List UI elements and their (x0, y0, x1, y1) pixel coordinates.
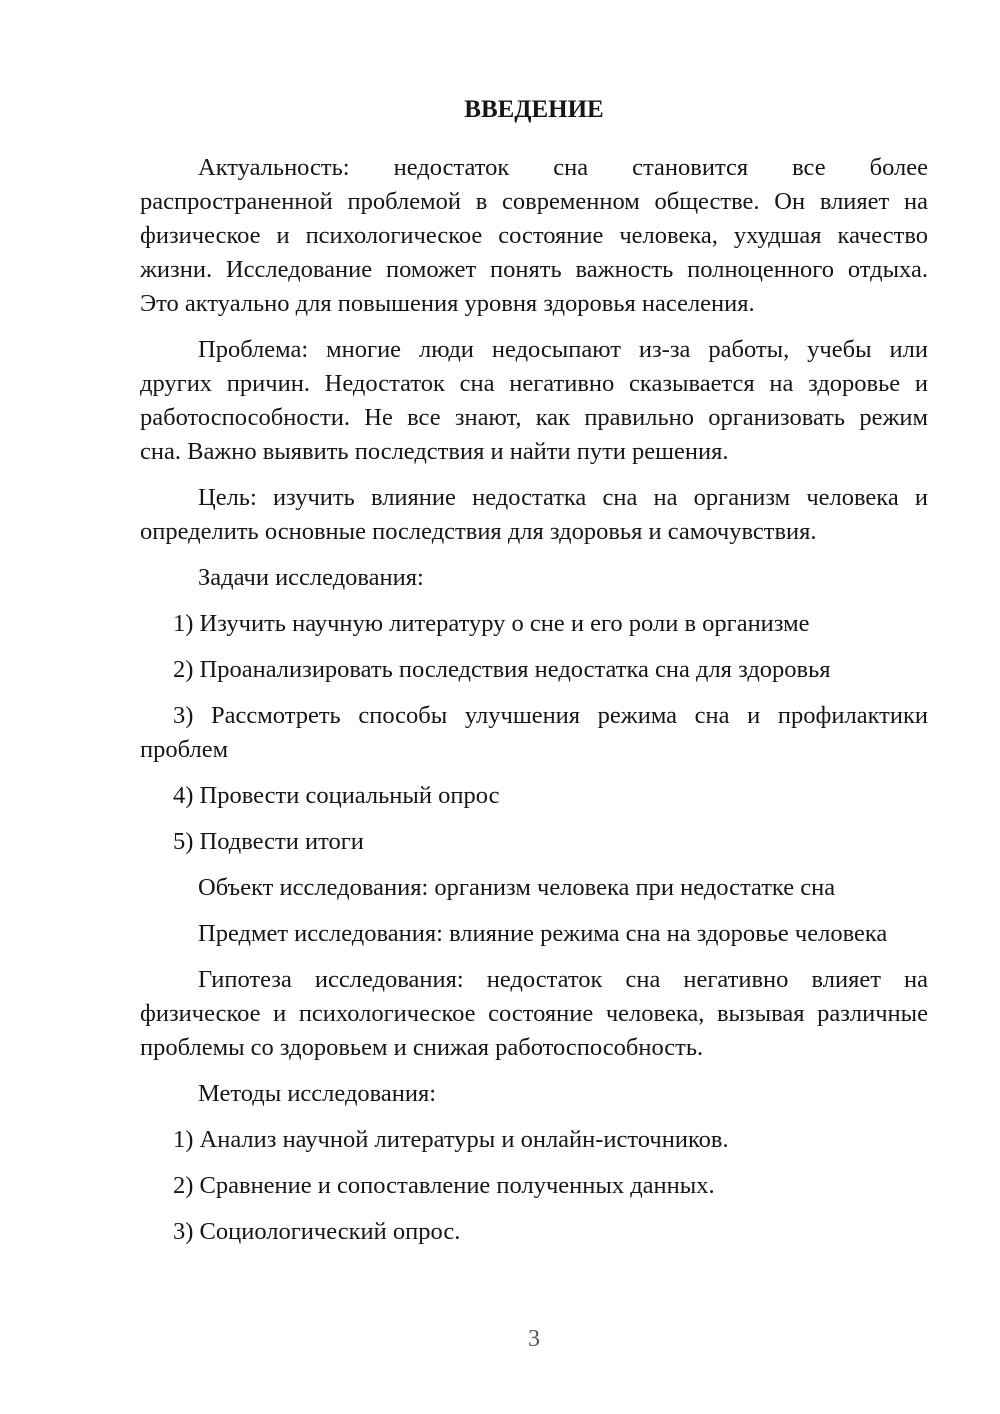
list-item-task-2: 2) Проанализировать последствия недостат… (140, 653, 928, 687)
text-line: 4) Провести социальный опрос (140, 779, 928, 813)
text-line: Проблема: многие люди недосыпают из-за р… (140, 333, 928, 367)
text-line: Объект исследования: организм человека п… (140, 871, 928, 905)
document-page: ВВЕДЕНИЕ Актуальность: недостаток сна ст… (0, 0, 1000, 1414)
text-line: Цель: изучить влияние недостатка сна на … (140, 481, 928, 515)
text-line: 3) Рассмотреть способы улучшения режима … (140, 699, 928, 733)
text-line: Гипотеза исследования: недостаток сна не… (140, 963, 928, 997)
text-line: Предмет исследования: влияние режима сна… (140, 917, 928, 951)
text-line: других причин. Недостаток сна негативно … (140, 367, 928, 401)
list-item-task-3: 3) Рассмотреть способы улучшения режима … (140, 699, 928, 767)
paragraph-obyekt: Объект исследования: организм человека п… (140, 871, 928, 905)
page-title: ВВЕДЕНИЕ (140, 93, 928, 127)
text-line: работоспособности. Не все знают, как пра… (140, 401, 928, 435)
paragraph-metody-heading: Методы исследования: (140, 1077, 928, 1111)
text-line: 1) Изучить научную литературу о сне и ег… (140, 607, 928, 641)
page-number: 3 (140, 1322, 928, 1356)
paragraph-gipoteza: Гипотеза исследования: недостаток сна не… (140, 963, 928, 1065)
page-content: ВВЕДЕНИЕ Актуальность: недостаток сна ст… (140, 93, 928, 1261)
text-line: 5) Подвести итоги (140, 825, 928, 859)
paragraph-zadachi-heading: Задачи исследования: (140, 561, 928, 595)
text-line: распространенной проблемой в современном… (140, 185, 928, 219)
list-item-method-3: 3) Социологический опрос. (140, 1215, 928, 1249)
list-item-method-2: 2) Сравнение и сопоставление полученных … (140, 1169, 928, 1203)
text-line: 2) Сравнение и сопоставление полученных … (140, 1169, 928, 1203)
text-line: проблемы со здоровьем и снижая работоспо… (140, 1031, 928, 1065)
text-line: сна. Важно выявить последствия и найти п… (140, 435, 928, 469)
list-item-method-1: 1) Анализ научной литературы и онлайн-ис… (140, 1123, 928, 1157)
text-line: Это актуально для повышения уровня здоро… (140, 287, 928, 321)
paragraph-predmet: Предмет исследования: влияние режима сна… (140, 917, 928, 951)
text-line: жизни. Исследование поможет понять важно… (140, 253, 928, 287)
text-line: проблем (140, 733, 928, 767)
list-item-task-5: 5) Подвести итоги (140, 825, 928, 859)
text-line: 2) Проанализировать последствия недостат… (140, 653, 928, 687)
paragraph-aktualnost: Актуальность: недостаток сна становится … (140, 151, 928, 321)
text-line: 3) Социологический опрос. (140, 1215, 928, 1249)
text-line: физическое и психологическое состояние ч… (140, 219, 928, 253)
text-line: Актуальность: недостаток сна становится … (140, 151, 928, 185)
list-item-task-4: 4) Провести социальный опрос (140, 779, 928, 813)
text-line: 1) Анализ научной литературы и онлайн-ис… (140, 1123, 928, 1157)
text-line: Методы исследования: (140, 1077, 928, 1111)
text-line: определить основные последствия для здор… (140, 515, 928, 549)
text-line: физическое и психологическое состояние ч… (140, 997, 928, 1031)
text-line: Задачи исследования: (140, 561, 928, 595)
paragraph-tsel: Цель: изучить влияние недостатка сна на … (140, 481, 928, 549)
paragraph-problema: Проблема: многие люди недосыпают из-за р… (140, 333, 928, 469)
list-item-task-1: 1) Изучить научную литературу о сне и ег… (140, 607, 928, 641)
